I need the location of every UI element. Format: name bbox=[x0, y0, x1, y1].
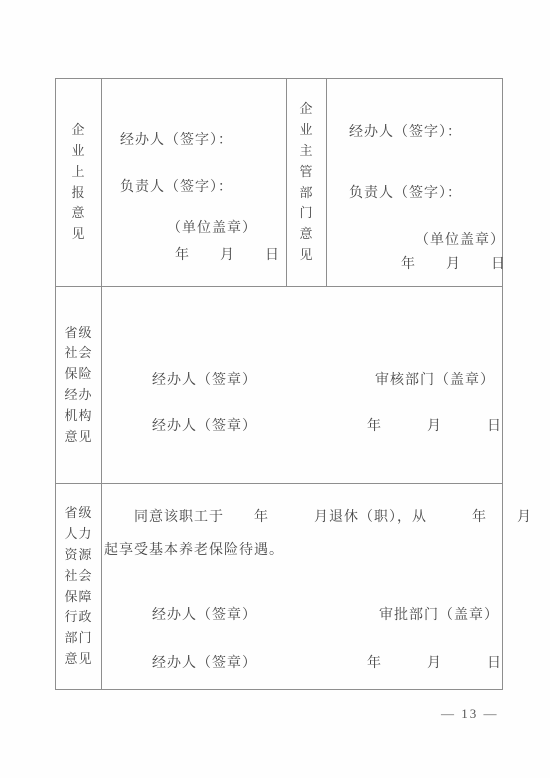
page-number: — 13 — bbox=[441, 706, 499, 722]
principal-signature-label: 负责人（签字）： bbox=[120, 176, 233, 196]
section-label-provincial-admin: 省级 人力 资源 社会 保障 行政 部门 意见 bbox=[56, 484, 101, 689]
section-label-text: 企 业 上 报 意 见 bbox=[71, 120, 85, 245]
row-provincial-agency-opinion: 省级 社会 保险 经办 机构 意见 经办人（签章） 审核部门（盖章） 经办人（签… bbox=[56, 286, 502, 483]
agent-signature-label: 经办人（签字）： bbox=[120, 129, 233, 149]
approval-statement-line2: 起享受基本养老保险待遇。 bbox=[104, 539, 284, 559]
section-label-text: 省级 社会 保险 经办 机构 意见 bbox=[64, 323, 92, 448]
date-line: 年 月 日 bbox=[175, 244, 280, 264]
row-provincial-admin-opinion: 省级 人力 资源 社会 保障 行政 部门 意见 同意该职工于 年 月退休（职），… bbox=[56, 483, 502, 689]
audit-dept-seal-label: 审核部门（盖章） bbox=[375, 369, 495, 389]
section-label-enterprise-dept: 企 业 主 管 部 门 意 见 bbox=[286, 79, 326, 286]
section-label-text: 省级 人力 资源 社会 保障 行政 部门 意见 bbox=[64, 503, 92, 669]
document-page: 企 业 上 报 意 见 经办人（签字）： 负责人（签字）： （单位盖章） 年 月… bbox=[0, 0, 550, 778]
date-line: 年 月 日 bbox=[367, 652, 502, 672]
agent-seal-label: 经办人（签章） bbox=[152, 369, 257, 389]
agent-seal-label: 经办人（签章） bbox=[152, 415, 257, 435]
section-label-enterprise-report: 企 业 上 报 意 见 bbox=[56, 79, 101, 286]
agent-seal-label: 经办人（签章） bbox=[152, 604, 257, 624]
unit-seal-label: （单位盖章） bbox=[167, 217, 257, 237]
date-line: 年 月 日 bbox=[401, 253, 506, 273]
section-content-enterprise-report: 经办人（签字）： 负责人（签字）： （单位盖章） 年 月 日 bbox=[101, 79, 286, 286]
approval-statement-line1: 同意该职工于 年 月退休（职），从 年 月 bbox=[134, 506, 532, 526]
section-content-enterprise-dept: 经办人（签字）： 负责人（签字）： （单位盖章） 年 月 日 bbox=[326, 79, 502, 286]
agent-seal-label: 经办人（签章） bbox=[152, 652, 257, 672]
agent-signature-label: 经办人（签字）： bbox=[349, 121, 462, 141]
unit-seal-label: （单位盖章） bbox=[415, 229, 505, 249]
section-content-provincial-agency: 经办人（签章） 审核部门（盖章） 经办人（签章） 年 月 日 bbox=[101, 287, 502, 483]
row-enterprise-opinions: 企 业 上 报 意 见 经办人（签字）： 负责人（签字）： （单位盖章） 年 月… bbox=[56, 79, 502, 286]
section-label-text: 企 业 主 管 部 门 意 见 bbox=[299, 99, 313, 265]
section-content-provincial-admin: 同意该职工于 年 月退休（职），从 年 月 起享受基本养老保险待遇。 经办人（签… bbox=[101, 484, 502, 689]
approval-form-table: 企 业 上 报 意 见 经办人（签字）： 负责人（签字）： （单位盖章） 年 月… bbox=[55, 78, 503, 690]
section-label-provincial-agency: 省级 社会 保险 经办 机构 意见 bbox=[56, 287, 101, 483]
date-line: 年 月 日 bbox=[367, 415, 502, 435]
approve-dept-seal-label: 审批部门（盖章） bbox=[379, 604, 499, 624]
principal-signature-label: 负责人（签字）： bbox=[349, 182, 462, 202]
